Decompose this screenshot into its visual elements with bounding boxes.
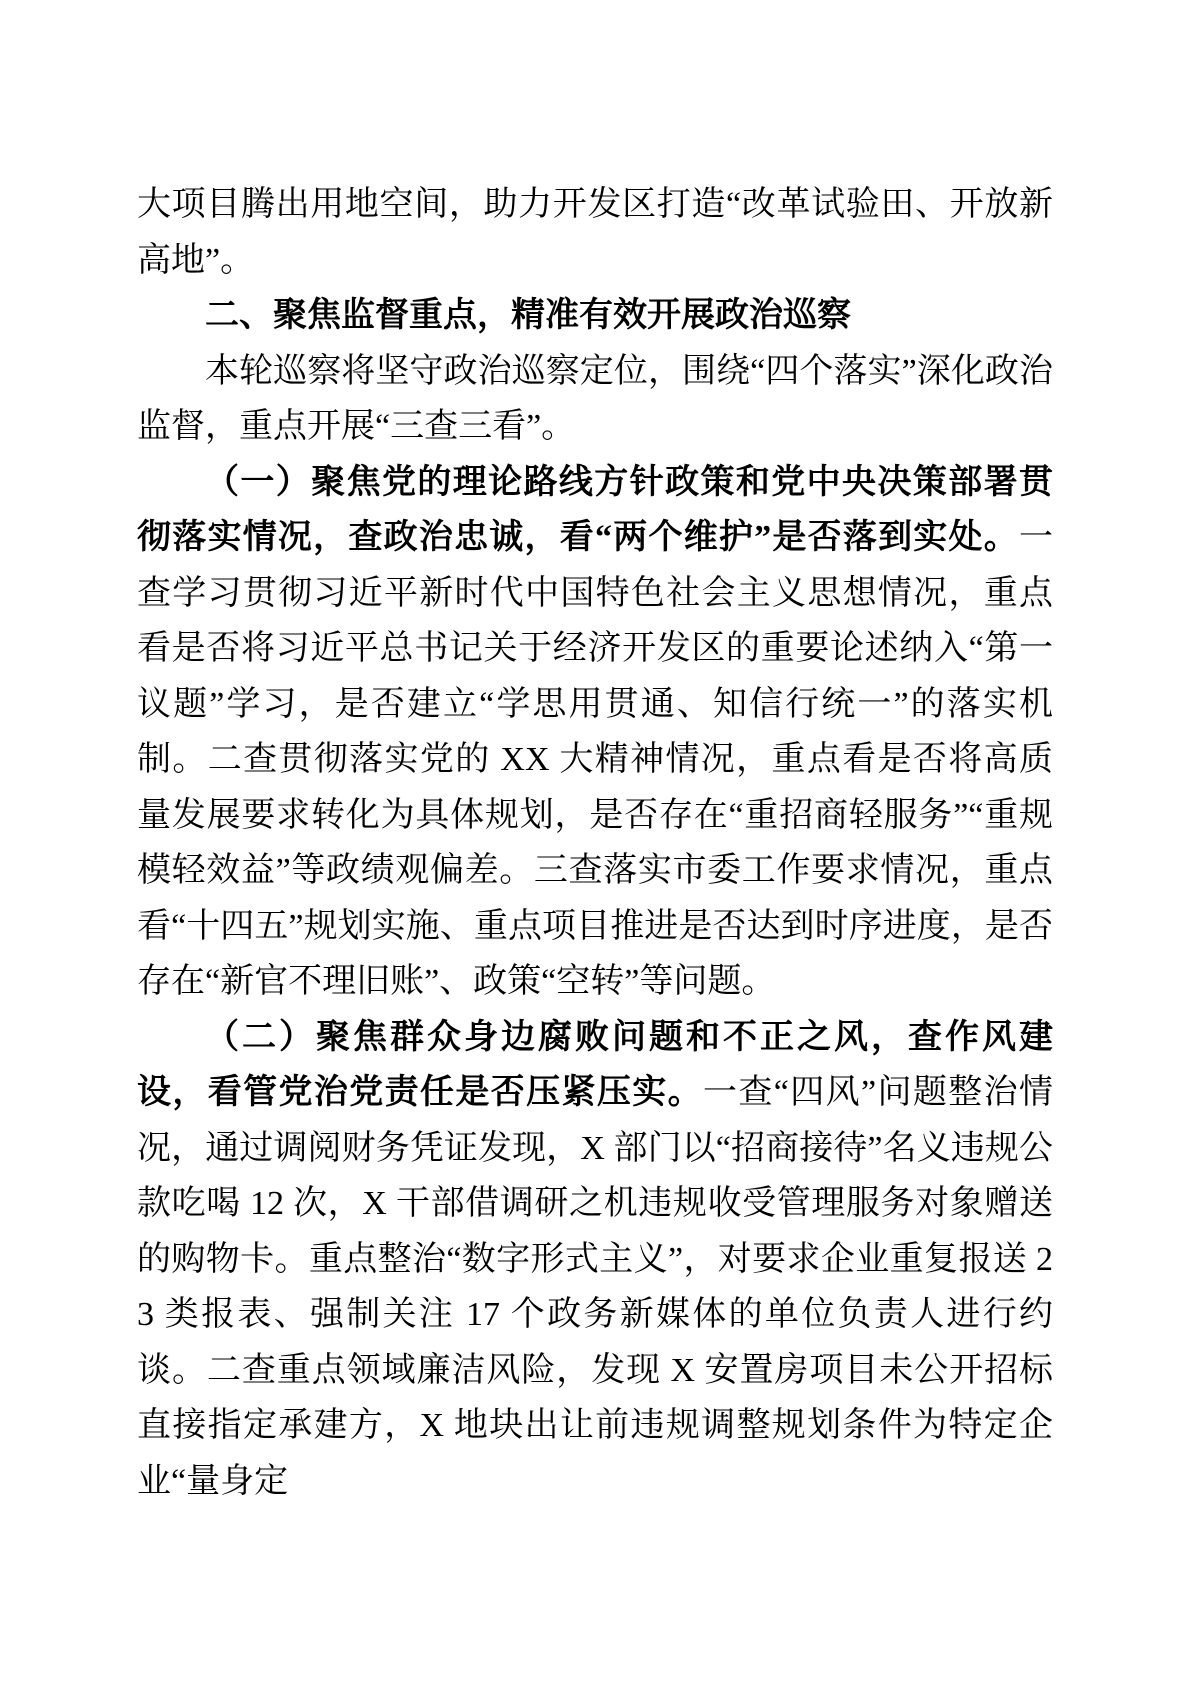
paragraph-continuation: 大项目腾出用地空间，助力开发区打造“改革试验田、开放新高地”。 bbox=[137, 177, 1053, 288]
paragraph-item-1-lead: （一）聚焦党的理论路线方针政策和党中央决策部署贯彻落实情况，查政治忠诚，看“两个… bbox=[137, 464, 1053, 557]
paragraph-intro: 本轮巡察将坚守政治巡察定位，围绕“四个落实”深化政治监督，重点开展“三查三看”。 bbox=[137, 344, 1053, 455]
paragraph-item-2-text: 一查“四风”问题整治情况，通过调阅财务凭证发现，X 部门以“招商接待”名义违规公… bbox=[137, 1074, 1053, 1500]
paragraph-item-2: （二）聚焦群众身边腐败问题和不正之风，查作风建设，看管党治党责任是否压紧压实。一… bbox=[137, 1010, 1053, 1510]
page-content: 大项目腾出用地空间，助力开发区打造“改革试验田、开放新高地”。 二、聚焦监督重点… bbox=[137, 177, 1053, 1509]
document-page: 大项目腾出用地空间，助力开发区打造“改革试验田、开放新高地”。 二、聚焦监督重点… bbox=[0, 0, 1190, 1683]
paragraph-item-1: （一）聚焦党的理论路线方针政策和党中央决策部署贯彻落实情况，查政治忠诚，看“两个… bbox=[137, 455, 1053, 1010]
section-heading: 二、聚焦监督重点，精准有效开展政治巡察 bbox=[137, 288, 1053, 344]
paragraph-item-1-text: 一查学习贯彻习近平新时代中国特色社会主义思想情况，重点看是否将习近平总书记关于经… bbox=[137, 519, 1053, 1000]
